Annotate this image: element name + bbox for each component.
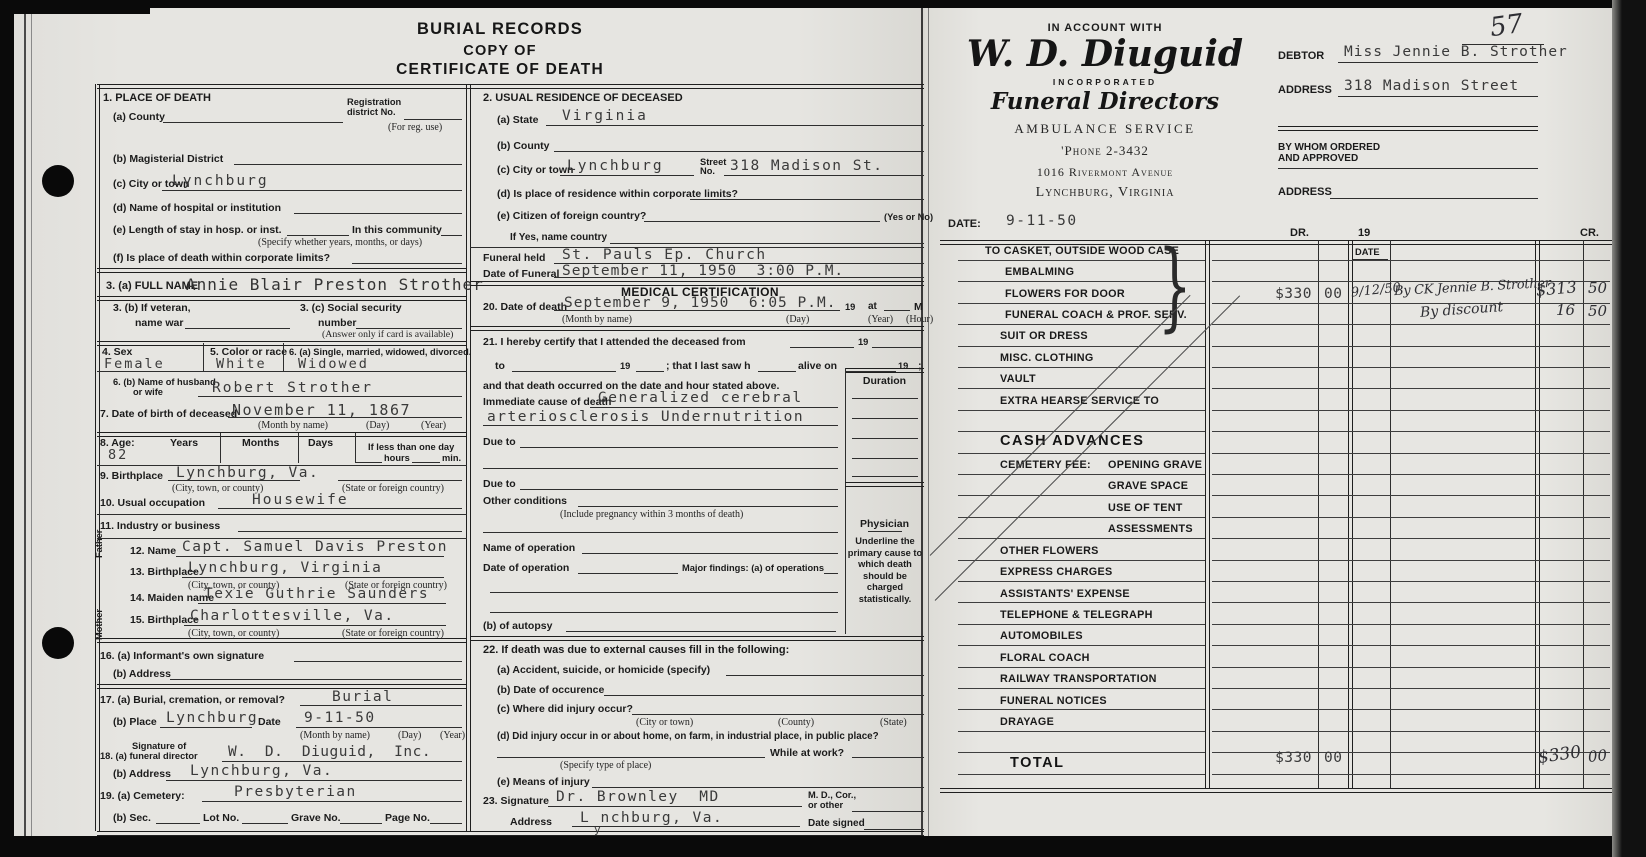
rule <box>872 347 922 348</box>
rule <box>824 573 838 574</box>
sec1-city-value: Lynchburg <box>172 174 269 190</box>
injury-means-label: (e) Means of injury <box>497 776 590 788</box>
dob-note-year: (Year) <box>421 420 446 431</box>
rule <box>483 468 838 469</box>
scanned-burial-record: BURIAL RECORDS COPY OF CERTIFICATE OF DE… <box>0 0 1646 857</box>
sec1-reg-label2: district No. <box>347 107 396 118</box>
ss-number-label: number <box>318 317 357 329</box>
burial-type-label: 17. (a) Burial, cremation, or removal? <box>100 694 285 706</box>
sec1-reg-note: (For reg. use) <box>388 122 442 133</box>
rule <box>852 458 918 459</box>
rule <box>234 164 462 165</box>
birthplace-note2: (State or foreign country) <box>342 483 444 494</box>
rule <box>163 122 343 123</box>
rule <box>176 556 444 557</box>
cell-divider <box>355 433 356 463</box>
gutter-line <box>928 8 929 836</box>
ledger-item-telephone: TELEPHONE & TELEGRAPH <box>1000 610 1153 622</box>
ledger-item-embalming: EMBALMING <box>1005 267 1074 279</box>
rule <box>198 396 462 397</box>
rule <box>340 823 382 824</box>
funeral-held-label: Funeral held <box>483 252 545 264</box>
rule <box>202 801 462 802</box>
physician-address-label: Address <box>510 816 552 828</box>
burial-date-value: 9-11-50 <box>304 711 376 727</box>
rule <box>1212 667 1610 668</box>
charge-dr-amount: $330 <box>1262 287 1312 303</box>
hole-punch <box>42 165 74 197</box>
burial-date-note3: (Year) <box>440 730 465 741</box>
rule <box>852 476 918 477</box>
accident-label: (a) Accident, suicide, or homicide (spec… <box>497 664 710 676</box>
rule <box>958 731 1205 732</box>
rule <box>1212 731 1610 732</box>
physician-sig-value: Dr. Brownley MD <box>556 790 720 806</box>
cell-divider <box>298 433 299 463</box>
rule <box>156 823 200 824</box>
rule <box>1212 538 1610 539</box>
rule <box>1212 602 1610 603</box>
rule <box>1212 495 1610 496</box>
dob-note-month: (Month by name) <box>258 420 328 431</box>
while-at-work-label: While at work? <box>770 747 844 759</box>
column-divider <box>466 84 471 831</box>
rule <box>1330 198 1538 199</box>
cemetery-value: Presbyterian <box>234 785 357 801</box>
year-column-header: 19 <box>1358 227 1370 240</box>
ifyes-label: If Yes, name country <box>510 232 607 244</box>
rule <box>160 727 252 728</box>
ledger-item-railway: RAILWAY TRANSPORTATION <box>1000 674 1157 686</box>
scan-edge-bottom <box>0 836 1646 857</box>
rule <box>958 388 1205 389</box>
cell-divider <box>203 343 204 371</box>
rule <box>1278 168 1538 169</box>
father-name-label: 12. Name <box>130 545 176 557</box>
dob-note-day: (Day) <box>366 420 389 431</box>
ledger-item-funeral-notices: FUNERAL NOTICES <box>1000 696 1107 708</box>
physician-title: Physician <box>845 518 924 530</box>
age-years-label: Years <box>170 437 198 449</box>
veteran-label: 3. (b) If veteran, <box>113 302 191 314</box>
occupation-label: 10. Usual occupation <box>100 497 205 509</box>
md-cor-label2: or other <box>808 800 843 811</box>
cell-divider <box>220 433 221 463</box>
rule <box>554 151 924 152</box>
section-divider <box>470 636 924 641</box>
rule <box>852 438 918 439</box>
rule <box>520 489 838 490</box>
burial-date-note2: (Day) <box>398 730 421 741</box>
rule <box>198 603 446 604</box>
ledger-vrule <box>1583 240 1584 788</box>
rule <box>490 612 838 613</box>
rule <box>97 514 467 515</box>
ledger-date-label: DATE: <box>948 218 981 231</box>
section-divider <box>97 296 467 301</box>
doc-subtitle-2: CERTIFICATE OF DEATH <box>380 61 620 80</box>
rule <box>958 752 1205 753</box>
rule <box>958 774 1205 775</box>
ordered-by-label1: BY WHOM ORDERED <box>1278 142 1380 154</box>
brace-glyph: } <box>1158 240 1192 332</box>
cemetery-page-label: Page No. <box>385 812 430 824</box>
major-findings-label: Major findings: (a) of operations <box>682 563 824 574</box>
rule <box>578 573 678 574</box>
birthplace-note1: (City, town, or county) <box>172 483 263 494</box>
debtor-value: Miss Jennie B. Strother <box>1344 45 1568 61</box>
attended-19b: 19 <box>620 361 630 372</box>
ledger-item-express: EXPRESS CHARGES <box>1000 567 1113 579</box>
ledger-vrule <box>1205 240 1210 788</box>
sec1-district-label: (b) Magisterial District <box>113 153 223 165</box>
ledger-item-floral-coach: FLORAL COACH <box>1000 653 1090 665</box>
section-divider <box>97 432 467 437</box>
rule <box>868 531 902 532</box>
attended-to-label: to <box>495 360 505 372</box>
birthplace-label: 9. Birthplace <box>100 470 163 482</box>
mother-birthplace-value: Charlottesville, Va. <box>190 609 395 625</box>
cr-column-header: CR. <box>1580 227 1599 240</box>
rule <box>1338 62 1538 63</box>
sec1-community-label: In this community <box>352 224 442 236</box>
rule <box>497 757 765 758</box>
residence-city-value: Lynchburg <box>567 159 664 175</box>
rule <box>958 667 1205 668</box>
alive-on-label: alive on <box>798 360 837 372</box>
rule <box>610 243 924 244</box>
rule <box>554 277 924 278</box>
scan-edge-right <box>1612 0 1646 857</box>
father-name-value: Capt. Samuel Davis Preston <box>182 540 448 556</box>
external-causes-title: 22. If death was due to external causes … <box>483 644 789 657</box>
autopsy-label: (b) of autopsy <box>483 620 552 632</box>
age-months-label: Months <box>242 437 279 449</box>
ledger-item-casket: TO CASKET, OUTSIDE WOOD CASE <box>985 246 1179 258</box>
citizen-label: (e) Citizen of foreign country? <box>497 210 646 222</box>
sec1-limits-label: (f) Is place of death within corporate l… <box>113 252 330 264</box>
rule <box>1212 431 1610 432</box>
rule <box>184 625 446 626</box>
section-divider <box>97 684 467 689</box>
physician-note: Underline the primary cause to which dea… <box>846 536 924 605</box>
injury-place-label: (d) Did injury occur in or about home, o… <box>497 731 879 742</box>
citizen-note: (Yes or No) <box>884 212 933 223</box>
death-date-note3: (Year) <box>868 314 893 325</box>
ledger-item-assessments: ASSESSMENTS <box>1108 524 1193 536</box>
rule <box>1212 517 1610 518</box>
debtor-address-label: ADDRESS <box>1278 84 1332 97</box>
rule <box>852 757 924 758</box>
other-conditions-label: Other conditions <box>483 495 567 507</box>
ledger-item-automobiles: AUTOMOBILES <box>1000 631 1083 643</box>
doc-subtitle-1: COPY OF <box>400 43 600 60</box>
orderer-address-label: ADDRESS <box>1278 186 1332 199</box>
rule <box>352 263 462 264</box>
injury-where-note1: (City or town) <box>636 717 693 728</box>
dr-column-header: DR. <box>1290 227 1309 240</box>
rule <box>554 310 840 311</box>
rule <box>958 602 1205 603</box>
rule <box>1212 453 1610 454</box>
rule <box>222 761 462 762</box>
rule <box>238 531 462 532</box>
rule <box>338 480 462 481</box>
rule <box>548 806 802 807</box>
rule <box>566 631 836 632</box>
father-side-label: Father <box>94 530 105 558</box>
rule <box>218 508 462 509</box>
rule <box>852 398 918 399</box>
street-value: 318 Madison St. <box>730 159 883 175</box>
ledger-item-use-of-tent: USE OF TENT <box>1108 503 1183 515</box>
sex-value: Female <box>104 357 165 372</box>
rule <box>884 310 910 311</box>
rule <box>228 417 462 418</box>
rule <box>490 592 838 593</box>
rule <box>958 560 1205 561</box>
blank-rule <box>1278 126 1538 131</box>
page-edge-line <box>31 8 32 836</box>
rule <box>560 175 694 176</box>
ledger-vrule <box>1535 240 1540 788</box>
rule <box>1212 688 1610 689</box>
rule <box>1212 388 1610 389</box>
rule <box>958 474 1205 475</box>
rule <box>296 727 462 728</box>
rule <box>170 679 462 680</box>
funeral-directors-label: Funeral Directors <box>955 90 1255 113</box>
age-min-label: min. <box>442 453 461 464</box>
ledger-bottom-rule <box>940 788 1612 793</box>
death-date-note2: (Day) <box>786 314 809 325</box>
occupation-value: Housewife <box>252 493 349 509</box>
ledger-section-cash-advances: CASH ADVANCES <box>1000 434 1144 450</box>
spouse-value: Robert Strother <box>212 381 373 397</box>
sec2-title: 2. USUAL RESIDENCE OF DECEASED <box>483 92 683 105</box>
ledger-date-value: 9-11-50 <box>1006 214 1078 230</box>
discount-amount-handwritten: 16 <box>1556 302 1575 319</box>
rule <box>1212 346 1610 347</box>
rule <box>483 425 838 426</box>
mother-side-label: Mother <box>94 609 105 640</box>
director-sig-label2: 18. (a) funeral director <box>100 751 198 762</box>
total-cr-cents-handwritten: 00 <box>1587 747 1608 765</box>
ledger-item-opening-grave: OPENING GRAVE <box>1108 460 1202 472</box>
ledger-item-other-flowers: OTHER FLOWERS <box>1000 546 1099 558</box>
cell-divider <box>283 343 284 371</box>
death-date-note4: (Hour) <box>906 314 933 325</box>
ledger-item-vault: VAULT <box>1000 374 1036 386</box>
industry-label: 11. Industry or business <box>100 520 220 532</box>
death-date-label: 20. Date of death <box>483 301 567 313</box>
burial-place-label: (b) Place <box>113 716 157 728</box>
fullname-value: Annie Blair Preston Strother <box>186 276 484 294</box>
rule <box>162 190 462 191</box>
spouse-label: 6. (b) Name of husband <box>113 377 216 388</box>
death-date-note1: (Month by name) <box>562 314 632 325</box>
rule <box>97 371 467 372</box>
funeral-held-value: St. Pauls Ep. Church <box>562 248 767 264</box>
ledger-vrule <box>1390 240 1391 788</box>
rule <box>294 213 462 214</box>
rule <box>724 175 924 176</box>
physician-sig-label: 23. Signature <box>483 795 549 807</box>
due-to-label-2: Due to <box>483 478 516 490</box>
phone-label: 'Phone 2-3432 <box>955 144 1255 158</box>
injury-where-label: (c) Where did injury occur? <box>497 703 633 715</box>
sec1-county-label: (a) County <box>113 111 165 123</box>
burial-type-value: Burial <box>332 690 393 706</box>
rule <box>958 410 1205 411</box>
burial-date-label: Date <box>258 716 281 728</box>
race-value: White <box>216 357 267 372</box>
rule <box>512 371 616 372</box>
ambulance-label: AMBULANCE SERVICE <box>955 122 1255 136</box>
cemetery-label: 19. (a) Cemetery: <box>100 790 185 802</box>
director-address-label: (b) Address <box>113 768 171 780</box>
rule <box>852 418 918 419</box>
other-conditions-note: (Include pregnancy within 3 months of de… <box>560 509 743 520</box>
ledger-total-label: TOTAL <box>1010 756 1064 772</box>
rule <box>1212 260 1610 261</box>
ordered-by-label2: AND APPROVED <box>1278 153 1358 165</box>
last-saw-label: ; that I last saw h <box>666 360 751 372</box>
rule <box>412 462 440 463</box>
scan-edge-top-corner <box>0 0 150 14</box>
sec1-hospital-label: (d) Name of hospital or institution <box>113 202 281 214</box>
cause-value-2: arteriosclerosis Undernutrition <box>487 410 804 426</box>
sec1-stay-note: (Specify whether years, months, or days) <box>258 237 422 248</box>
age-value: 82 <box>108 448 128 463</box>
ledger-item-clothing: MISC. CLOTHING <box>1000 353 1094 365</box>
death-date-m: M <box>914 301 923 313</box>
date-signed-label: Date signed <box>808 818 865 830</box>
rule <box>166 780 462 781</box>
rule <box>242 823 288 824</box>
rule <box>958 624 1205 625</box>
ss-label: 3. (c) Social security <box>300 302 402 314</box>
age-hours-label: hours <box>384 453 410 464</box>
firm-logo: W. D. Diuguid <box>955 36 1255 72</box>
rule <box>958 581 1205 582</box>
residence-state-label: (a) State <box>497 114 538 126</box>
age-lessday-label: If less than one day <box>368 442 454 453</box>
duration-box-bottom <box>845 482 924 487</box>
rule <box>287 235 349 236</box>
rule <box>958 495 1205 496</box>
rule <box>958 645 1205 646</box>
rule <box>185 328 290 329</box>
page-edge-line <box>24 8 26 836</box>
rule <box>1212 410 1610 411</box>
cause-value-1: Generalized cerebral <box>598 391 803 407</box>
rule <box>590 407 838 408</box>
incorporated-label: INCORPORATED <box>955 78 1255 88</box>
street-no-label: No. <box>700 166 715 177</box>
rule <box>1212 581 1610 582</box>
ledger-item-assistants: ASSISTANTS' EXPENSE <box>1000 589 1130 601</box>
rule <box>604 695 924 696</box>
rule <box>546 125 924 126</box>
injury-place-note: (Specify type of place) <box>560 760 651 771</box>
death-date-19: 19 <box>845 302 855 313</box>
doc-title: BURIAL RECORDS <box>400 20 600 40</box>
rule <box>758 371 796 372</box>
rule <box>168 480 300 481</box>
duration-label: Duration <box>845 375 924 387</box>
ledger-item-drayage: DRAYAGE <box>1000 717 1054 729</box>
debtor-address-value: 318 Madison Street <box>1344 79 1519 95</box>
scan-edge-top <box>0 0 1646 8</box>
rule <box>958 517 1205 518</box>
rule <box>520 447 838 448</box>
director-sig-value: W. D. Diuguid, Inc. <box>228 745 431 761</box>
rule <box>958 688 1205 689</box>
ledger-vrule <box>1348 240 1353 788</box>
rule <box>592 787 924 788</box>
rule <box>430 823 462 824</box>
burial-place-value: Lynchburg <box>166 711 258 727</box>
firm-address-1: 1016 Rivermont Avenue <box>955 166 1255 179</box>
age-days-label: Days <box>308 437 333 449</box>
death-date-at: at <box>868 301 877 313</box>
rule <box>790 347 854 348</box>
scan-edge-left <box>0 0 14 857</box>
rule <box>441 235 462 236</box>
burial-date-note1: (Month by name) <box>300 730 370 741</box>
director-address-value: Lynchburg, Va. <box>190 764 333 780</box>
marital-value: Widowed <box>298 357 369 372</box>
total-dr-cents: 00 <box>1324 751 1342 767</box>
payment-cents-handwritten: 50 <box>1588 280 1607 297</box>
section-divider <box>97 638 467 643</box>
charge-dr-cents: 00 <box>1324 287 1342 303</box>
rule <box>1212 774 1610 775</box>
sec1-stay-label: (e) Length of stay in hosp. or inst. <box>113 224 282 236</box>
page-number: 57 <box>1488 10 1525 43</box>
rule <box>958 709 1205 710</box>
due-to-label-1: Due to <box>483 436 516 448</box>
form-border-left <box>95 84 100 831</box>
rule <box>582 553 838 554</box>
dob-label: 7. Date of birth of deceased <box>100 408 237 420</box>
spouse-label2: or wife <box>133 387 163 398</box>
rule <box>690 199 924 200</box>
operation-name-label: Name of operation <box>483 542 575 554</box>
ss-note: (Answer only if card is available) <box>322 330 453 341</box>
debtor-label: DEBTOR <box>1278 50 1324 63</box>
section-divider <box>470 326 924 331</box>
gutter-line <box>921 8 923 836</box>
rule <box>1212 324 1610 325</box>
attended-19: 19 <box>858 337 868 348</box>
section-divider <box>97 268 467 273</box>
firm-address-2: Lynchburg, Virginia <box>955 185 1255 200</box>
residence-state-value: Virginia <box>562 109 648 125</box>
rule <box>1212 474 1610 475</box>
rule <box>864 829 924 830</box>
father-birthplace-value: Lynchburg, Virginia <box>188 561 382 577</box>
informant-address-label: (b) Address <box>113 668 171 680</box>
rule <box>1212 560 1610 561</box>
rule <box>1338 96 1538 97</box>
sec1-title: 1. PLACE OF DEATH <box>103 92 211 105</box>
rule <box>572 826 800 827</box>
physician-address-value: L nchburg, Va. <box>580 811 723 827</box>
ledger-item-grave-space: GRAVE SPACE <box>1108 481 1188 493</box>
hole-punch <box>42 627 74 659</box>
